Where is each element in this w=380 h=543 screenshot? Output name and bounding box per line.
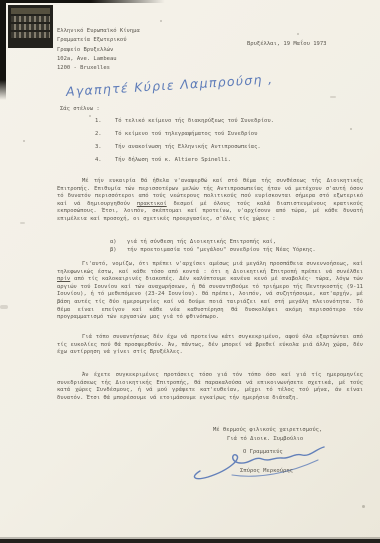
date-line: Βρυξέλλαι, 19 Μαΐου 1973	[247, 41, 326, 49]
scan-edge-top	[0, 0, 165, 3]
enclosure-item: 1.Τό τελικό κείμενο τής διακηρύξεως τού …	[95, 118, 274, 126]
sender-line: Ελληνικό Ευρωπαϊκό Κίνημα	[57, 27, 140, 36]
signature-handwriting	[186, 444, 338, 484]
underlined-word: πρακτικοί	[137, 201, 167, 207]
underlined-word: πρίν	[57, 276, 70, 282]
enclosure-item: 2.Τό κείμενο τού τηλεγραφήματος τού Συνε…	[95, 131, 257, 139]
intro-line: Σάς στέλνω :	[60, 106, 100, 114]
enclosure-number: 2.	[95, 131, 115, 139]
scan-edge-left	[0, 0, 6, 100]
stamp-text-row	[11, 16, 50, 22]
scan-edge-bottom	[0, 539, 380, 543]
sub-item-b: β)τήν προετοιμασία τού "μεγάλου" συνεδρί…	[110, 247, 316, 255]
body-paragraph-3: Γιά τόπο συναντήσεως δέν έχω νά προτείνω…	[57, 334, 363, 357]
body-paragraph-1: Μέ τήν ευκαιρία θά ήθελα ν'αναφερθώ καί …	[57, 178, 363, 224]
enclosure-item: 4.Τήν δήλωση τού κ. Altiero Spinelli.	[95, 157, 231, 165]
sub-item-a: α)γιά τή σύνθεση τής Διοικητικής Επιτροπ…	[110, 239, 276, 247]
sub-item-label: β)	[110, 247, 127, 255]
paragraph-text: Γι'αυτό, νομίζω, ότι πρέπει ν'αρχίσει αμ…	[57, 261, 363, 275]
closing-on-behalf: Γιά τό Διοικ. Συμβούλιο	[227, 436, 303, 444]
enclosure-number: 1.	[95, 118, 115, 126]
sender-line: Γραφείο Βρυξελλών	[57, 46, 140, 55]
archive-stamp	[8, 5, 53, 48]
enclosure-number: 4.	[95, 157, 115, 165]
closing-salutation: Μέ θερμούς φιλικούς χαιρετισμούς,	[213, 427, 322, 435]
enclosure-number: 3.	[95, 144, 115, 152]
stamp-text-row	[11, 32, 50, 38]
body-paragraph-2: Γι'αυτό, νομίζω, ότι πρέπει ν'αρχίσει αμ…	[57, 261, 363, 322]
enclosure-text: Τήν ανακοίνωση τής Ελληνικής Αντιπροσωπε…	[115, 144, 261, 150]
enclosure-text: Τό κείμενο τού τηλεγραφήματος τού Συνεδρ…	[115, 131, 257, 137]
enclosure-text: Τήν δήλωση τού κ. Altiero Spinelli.	[115, 157, 231, 163]
sub-item-text: τήν προετοιμασία τού "μεγάλου" συνεδρίου…	[127, 247, 316, 253]
enclosure-item: 3.Τήν ανακοίνωση τής Ελληνικής Αντιπροσω…	[95, 144, 261, 152]
handwritten-salutation: Αγαπητέ Κύριε Λαμπρούση ,	[66, 71, 274, 99]
scanned-letter-page: Ελληνικό Ευρωπαϊκό Κίνημα Γραμματεία Εξω…	[0, 0, 380, 543]
sender-line: 1200 - Bruxelles	[57, 64, 140, 73]
stamp-text-row	[11, 24, 50, 30]
paragraph-text: από τίς καλοκαιρινές διακοπές. Δέν καλύπ…	[57, 276, 363, 320]
enclosure-text: Τό τελικό κείμενο τής διακηρύξεως τού Συ…	[115, 118, 274, 124]
sender-line: 102a, Ave. Lambeau	[57, 55, 140, 64]
sub-item-label: α)	[110, 239, 127, 247]
sub-item-text: γιά τή σύνθεση τής Διοικητικής Επιτροπής…	[127, 239, 276, 245]
sender-address-block: Ελληνικό Ευρωπαϊκό Κίνημα Γραμματεία Εξω…	[57, 27, 140, 73]
body-paragraph-4: Άν έχετε συγκεκριμένες προτάσεις τόσο γι…	[57, 372, 363, 402]
stamp-text-row	[11, 8, 50, 14]
signer-name: Σπύρος Μερκούρης	[240, 468, 293, 476]
sender-line: Γραμματεία Εξωτερικού	[57, 36, 140, 45]
